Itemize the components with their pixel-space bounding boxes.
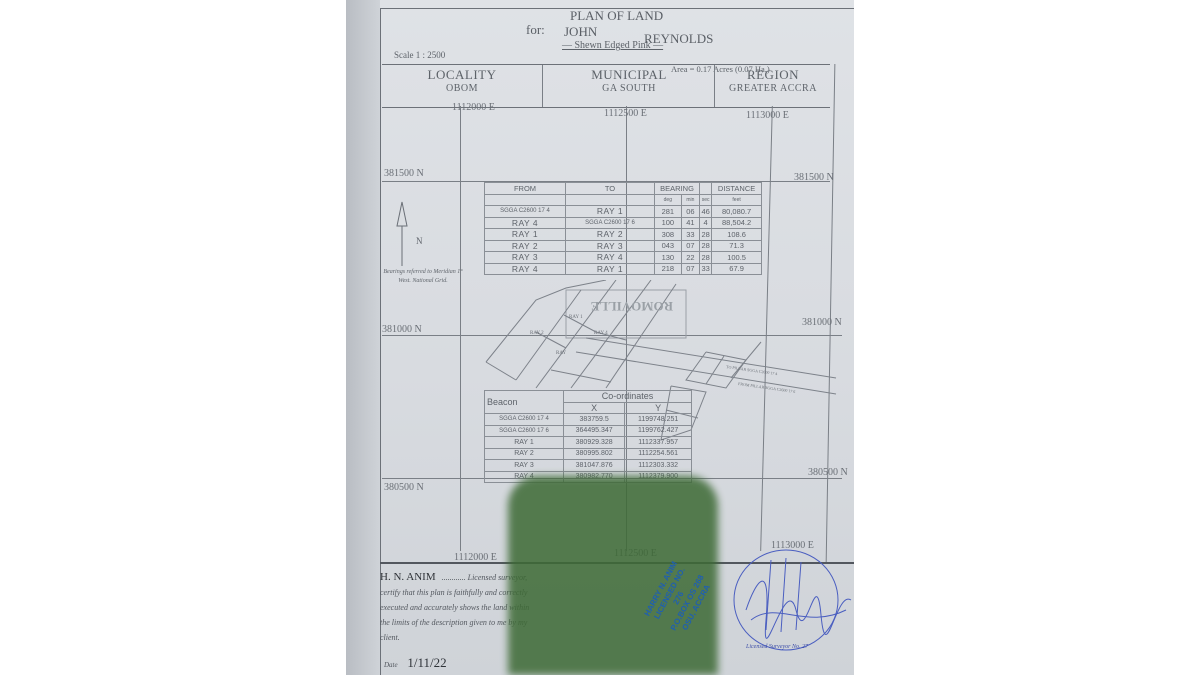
table-row: RAY 3 381047.876 1112303.332 bbox=[485, 460, 692, 472]
table-row: SGGA C2600 17 4 383759.5 1199748.251 bbox=[485, 414, 692, 426]
northing-label: 381500 N bbox=[794, 172, 834, 183]
col-header-from: FROM bbox=[485, 183, 566, 195]
subheader-deg: deg bbox=[655, 194, 682, 206]
header-divider bbox=[714, 65, 715, 107]
table-row: RAY 2 RAY 3 043 07 28 71.3 bbox=[485, 240, 762, 252]
north-arrow-icon bbox=[392, 200, 412, 270]
coordinates-table: Beacon Co-ordinates X Y SGGA C2600 17 4 … bbox=[484, 390, 692, 483]
date-value: 1/11/22 bbox=[407, 655, 446, 670]
survey-plan-photo: PLAN OF LAND for: JOHN REYNOLDS — Shewn … bbox=[346, 0, 854, 675]
table-row: RAY 4 SGGA C2600 17 6 100 41 4 88,504.2 bbox=[485, 217, 762, 229]
table-row: SGGA C2600 17 4 RAY 1 281 06 46 80,080.7 bbox=[485, 206, 762, 218]
paper-binding-edge bbox=[346, 0, 380, 675]
plot-label: RAY bbox=[556, 351, 566, 356]
col-header-bearing: BEARING bbox=[655, 183, 700, 195]
municipal-label: MUNICIPAL bbox=[544, 67, 714, 83]
table-row: RAY 1 RAY 2 308 33 28 108.6 bbox=[485, 229, 762, 241]
col-header-coordinates: Co-ordinates bbox=[564, 391, 692, 403]
signature-caption: Licensed Surveyor No. 27 bbox=[745, 644, 809, 650]
table-row: RAY 1 380929.328 1112337.957 bbox=[485, 437, 692, 449]
table-row: RAY 4 RAY 1 218 07 33 67.9 bbox=[485, 263, 762, 275]
plot-label: RAY 1 bbox=[569, 315, 583, 320]
northing-label: 381000 N bbox=[382, 324, 422, 335]
header-divider bbox=[542, 65, 543, 107]
region-box: REGION GREATER ACCRA bbox=[716, 65, 830, 107]
surveyor-signature: Licensed Surveyor No. 27 bbox=[726, 540, 854, 660]
col-header-x: X bbox=[564, 402, 625, 414]
certification-date: Date 1/11/22 bbox=[384, 655, 447, 671]
header-boxes: LOCALITY OBOM MUNICIPAL GA SOUTH REGION … bbox=[382, 64, 830, 108]
easting-label: 1112000 E bbox=[452, 102, 495, 113]
plot-label: RAY 2 bbox=[530, 331, 544, 336]
for-label: for: bbox=[526, 22, 545, 38]
plot-label: RAY 4 bbox=[594, 331, 608, 336]
locality-value: OBOM bbox=[382, 83, 542, 94]
surveyor-certification: H. N. ANIM............ Licensed surveyor… bbox=[380, 570, 529, 645]
surveyor-name: H. N. ANIM bbox=[380, 571, 436, 583]
watermark-text: ROMOVILLE bbox=[591, 299, 673, 314]
col-header-to: TO bbox=[566, 183, 655, 195]
plan-scale: Scale 1 : 2500 bbox=[394, 50, 445, 60]
grid-line-easting bbox=[460, 106, 461, 551]
municipal-box: MUNICIPAL GA SOUTH bbox=[544, 65, 714, 107]
easting-label: 1112500 E bbox=[604, 108, 647, 119]
bearing-distance-table: FROM TO BEARING DISTANCE deg min sec fee… bbox=[484, 182, 762, 275]
subheader-min: min bbox=[681, 194, 699, 206]
table-row: SGGA C2600 17 6 364495.347 1199762.427 bbox=[485, 425, 692, 437]
col-header-beacon: Beacon bbox=[485, 391, 564, 414]
bearings-note: Bearings referred to Meridian 1° West. N… bbox=[382, 268, 464, 286]
region-label: REGION bbox=[716, 67, 830, 83]
locality-box: LOCALITY OBOM bbox=[382, 65, 542, 107]
plan-subtitle: — Shewn Edged Pink — bbox=[562, 40, 663, 51]
northing-label: 381500 N bbox=[384, 168, 424, 179]
table-row: RAY 3 RAY 4 130 22 28 100.5 bbox=[485, 252, 762, 264]
locality-label: LOCALITY bbox=[382, 67, 542, 83]
easting-label: 1113000 E bbox=[746, 110, 789, 121]
col-header-distance: DISTANCE bbox=[712, 183, 762, 195]
subheader-feet: feet bbox=[712, 194, 762, 206]
easting-label: 1112000 E bbox=[454, 552, 497, 563]
col-header-y: Y bbox=[625, 402, 692, 414]
north-label: N bbox=[416, 236, 423, 246]
northing-label: 380500 N bbox=[384, 482, 424, 493]
subheader-sec: sec bbox=[700, 194, 712, 206]
owner-first-name: JOHN bbox=[564, 24, 597, 40]
municipal-value: GA SOUTH bbox=[544, 83, 714, 94]
region-value: GREATER ACCRA bbox=[716, 83, 830, 94]
plan-title: PLAN OF LAND bbox=[570, 8, 663, 24]
table-row: RAY 2 380995.802 1112254.561 bbox=[485, 448, 692, 460]
